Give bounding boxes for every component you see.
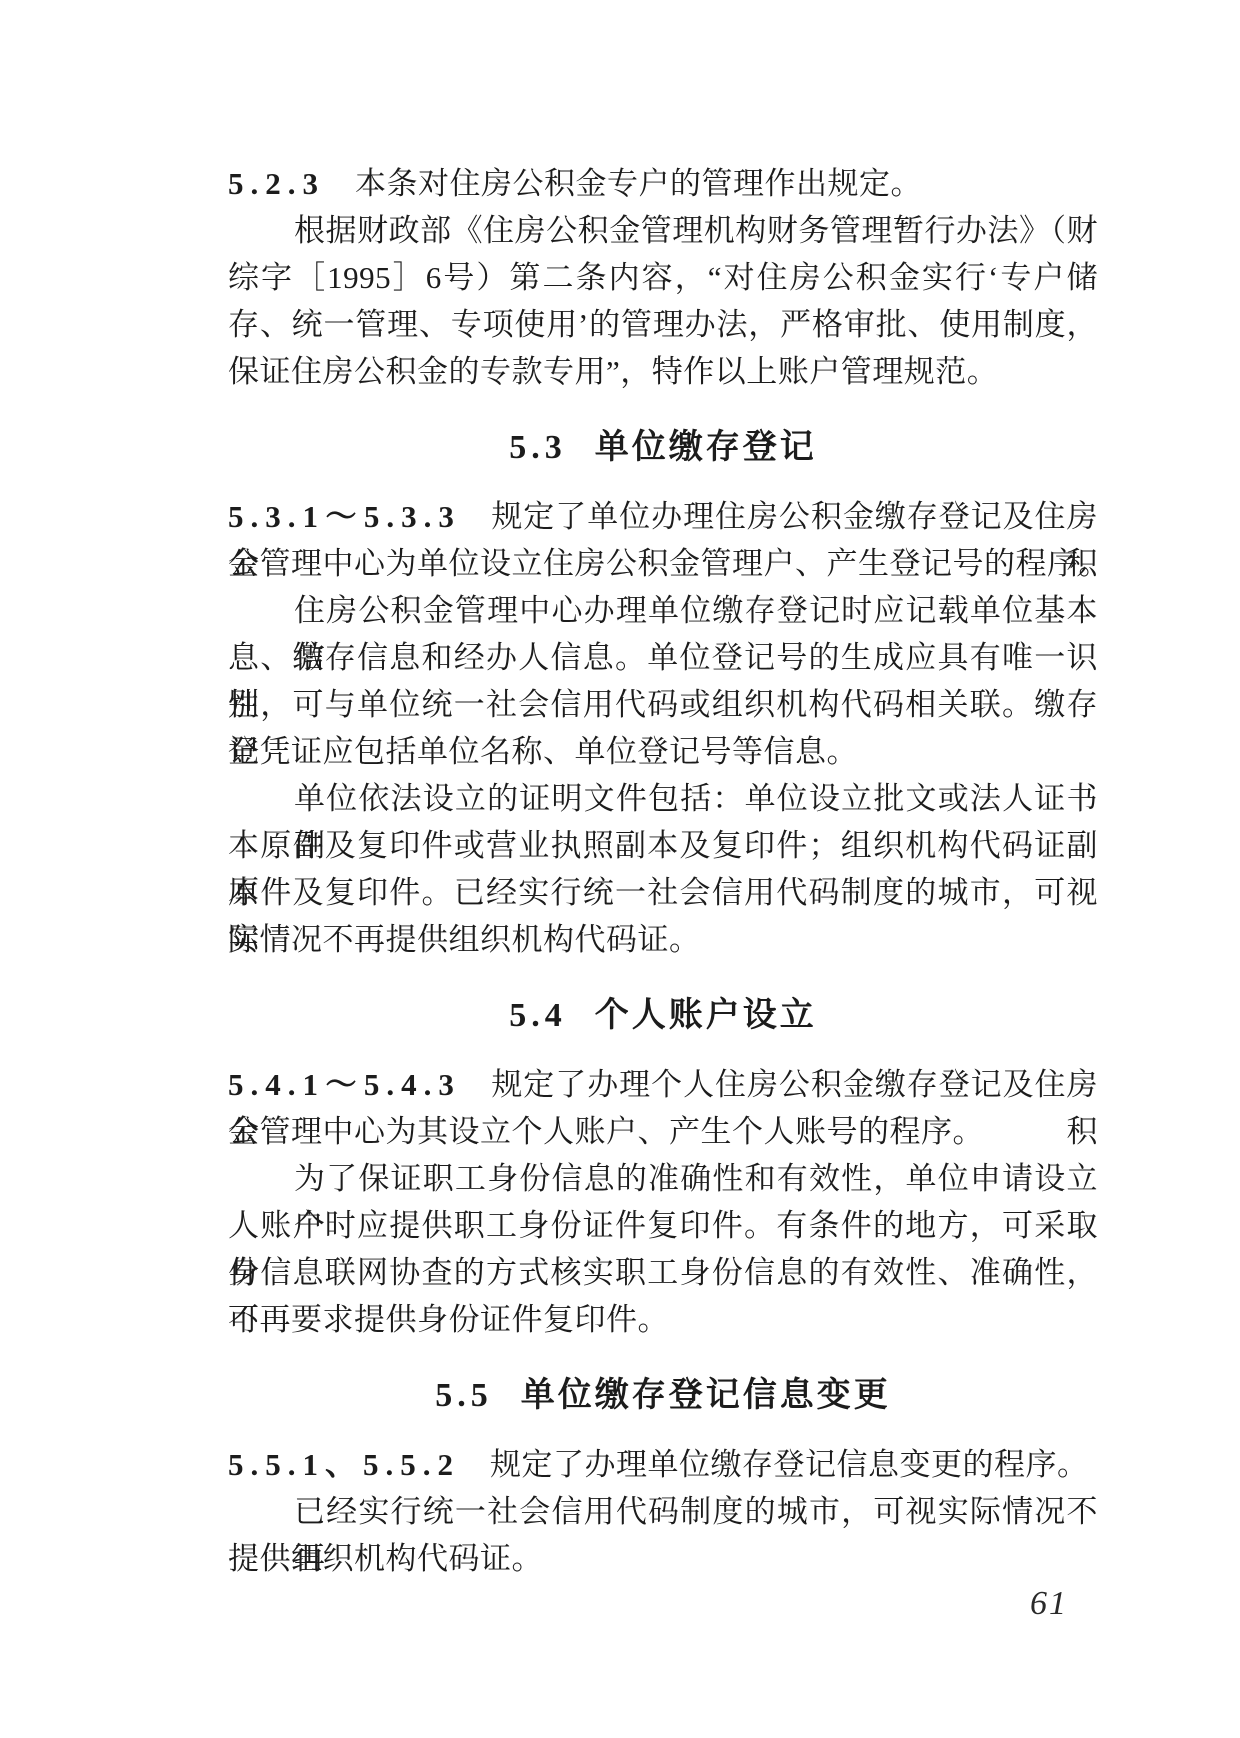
body-line: 原件及复印件。已经实行统一社会信用代码制度的城市，可视实 [228,869,1098,916]
section-heading-number: 5.3 [509,429,567,466]
body-line: 提供组织机构代码证。 [228,1535,1098,1582]
body-line: 息、缴存信息和经办人信息。单位登记号的生成应具有唯一识别 [228,634,1098,681]
body-line: 5.5.1、5.5.2规定了办理单位缴存登记信息变更的程序。 [228,1441,1098,1488]
body-line: 不再要求提供身份证件复印件。 [228,1296,1098,1343]
section-heading-title: 单位缴存登记 [595,428,817,466]
document-page: 5.2.3本条对住房公积金专户的管理作出规定。根据财政部《住房公积金管理机构财务… [0,0,1240,1738]
body-line: 5.2.3本条对住房公积金专户的管理作出规定。 [228,160,1098,207]
section-heading-number: 5.4 [509,997,567,1034]
body-line: 综字［1995］6号）第二条内容，“对住房公积金实行‘专户储 [228,254,1098,301]
body-line: 5.3.1～5.3.3规定了单位办理住房公积金缴存登记及住房公积 [228,493,1098,540]
body-line: 记凭证应包括单位名称、单位登记号等信息。 [228,728,1098,775]
body-line: 性，可与单位统一社会信用代码或组织机构代码相关联。缴存登 [228,681,1098,728]
clause-number: 5.2.3 [228,166,325,201]
body-line: 住房公积金管理中心办理单位缴存登记时应记载单位基本信 [228,587,1098,634]
section-heading: 5.5单位缴存登记信息变更 [228,1375,1098,1415]
body-line: 份信息联网协查的方式核实职工身份信息的有效性、准确性，可 [228,1249,1098,1296]
body-line: 际情况不再提供组织机构代码证。 [228,916,1098,963]
section-heading: 5.3单位缴存登记 [228,427,1098,467]
body-line: 本原件及复印件或营业执照副本及复印件；组织机构代码证副本 [228,822,1098,869]
body-line: 根据财政部《住房公积金管理机构财务管理暂行办法》（财 [228,207,1098,254]
page-content: 5.2.3本条对住房公积金专户的管理作出规定。根据财政部《住房公积金管理机构财务… [228,160,1098,1582]
clause-number: 5.3.1～5.3.3 [228,499,461,534]
body-line: 存、统一管理、专项使用’的管理办法，严格审批、使用制度， [228,301,1098,348]
clause-number: 5.5.1、5.5.2 [228,1447,460,1482]
page-number: 61 [1030,1585,1068,1623]
body-line: 金管理中心为单位设立住房公积金管理户、产生登记号的程序。 [228,540,1098,587]
body-line: 人账户时应提供职工身份证件复印件。有条件的地方，可采取身 [228,1202,1098,1249]
section-heading-title: 个人账户设立 [595,996,817,1034]
body-line: 金管理中心为其设立个人账户、产生个人账号的程序。 [228,1108,1098,1155]
section-heading-number: 5.5 [435,1377,493,1414]
body-line: 已经实行统一社会信用代码制度的城市，可视实际情况不再 [228,1488,1098,1535]
section-heading-title: 单位缴存登记信息变更 [521,1376,891,1414]
clause-number: 5.4.1～5.4.3 [228,1067,461,1102]
body-line: 为了保证职工身份信息的准确性和有效性，单位申请设立个 [228,1155,1098,1202]
section-heading: 5.4个人账户设立 [228,995,1098,1035]
body-line: 5.4.1～5.4.3规定了办理个人住房公积金缴存登记及住房公积 [228,1061,1098,1108]
body-line: 单位依法设立的证明文件包括：单位设立批文或法人证书副 [228,775,1098,822]
body-line: 保证住房公积金的专款专用”，特作以上账户管理规范。 [228,348,1098,395]
